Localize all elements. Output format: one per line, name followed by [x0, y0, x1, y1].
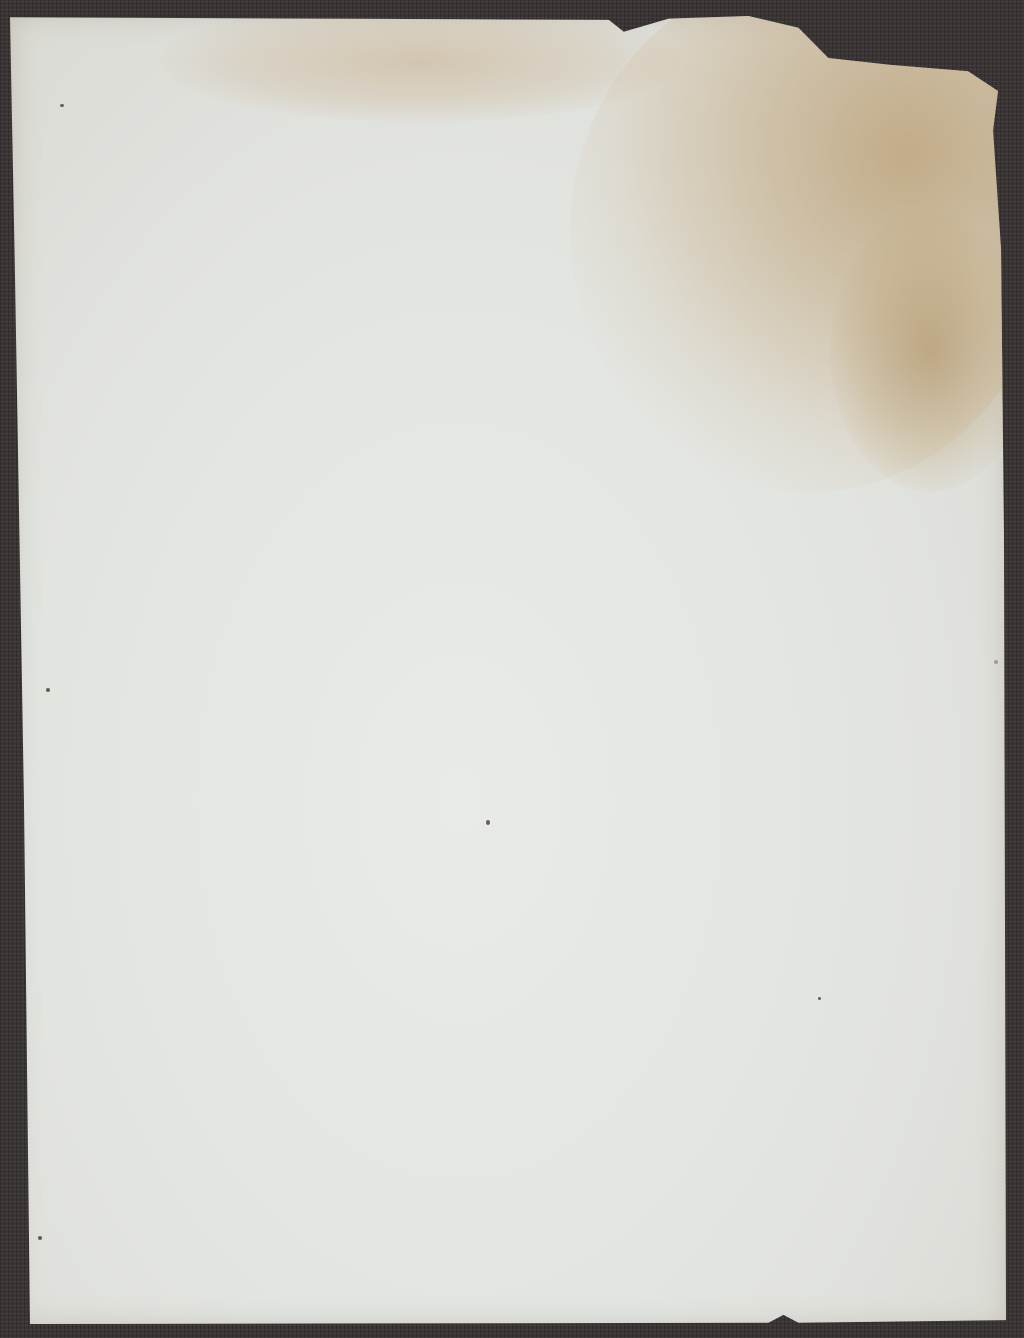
fabric-background: [0, 0, 1024, 1338]
pin-hole: [994, 660, 998, 664]
pin-hole: [38, 1236, 42, 1240]
water-stain-top: [160, 2, 680, 122]
water-stain-right-edge: [830, 212, 1024, 492]
pin-hole: [46, 688, 50, 692]
speck: [818, 997, 821, 1000]
speck: [486, 820, 490, 825]
paper-sheet: [10, 12, 1008, 1328]
pin-hole: [60, 104, 64, 107]
water-stain-top-right: [570, 0, 1024, 492]
